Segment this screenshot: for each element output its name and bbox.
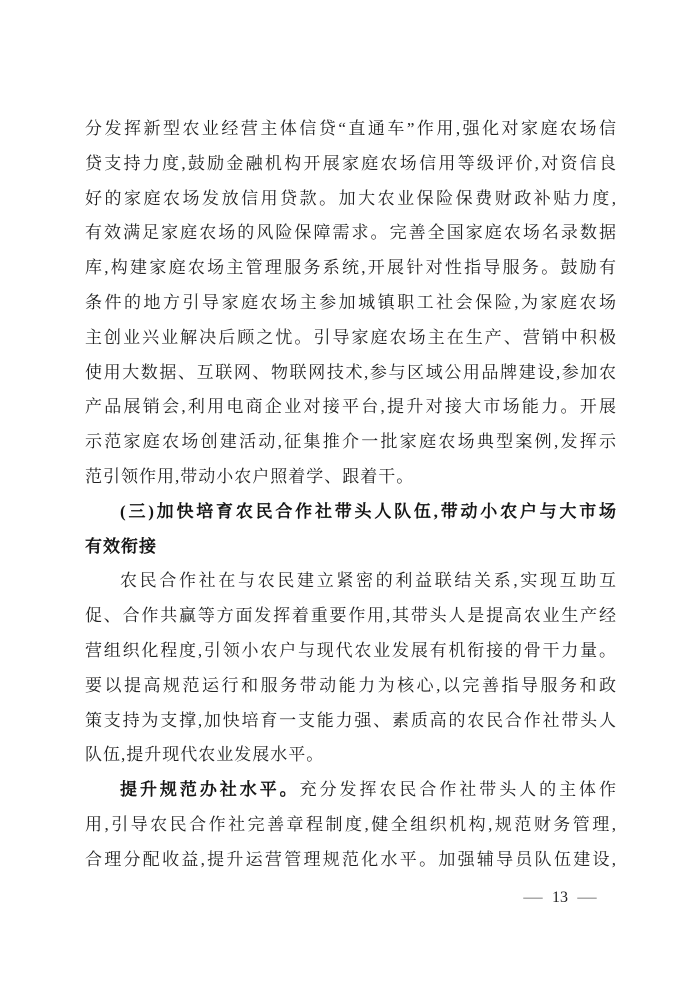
body-line-16: 营组织化程度,引领小农户与现代农业发展有机衔接的骨干力量。 bbox=[85, 634, 616, 669]
body-line-9: 产品展销会,利用电商企业对接平台,提升对接大市场能力。开展 bbox=[85, 390, 616, 425]
section-heading-line-2: 有效衔接 bbox=[85, 530, 616, 565]
body-line-21: 用,引导农民合作社完善章程制度,健全组织机构,规范财务管理, bbox=[85, 808, 616, 843]
body-line-18: 策支持为支撑,加快培育一支能力强、素质高的农民合作社带头人 bbox=[85, 704, 616, 739]
page-footer: —13— bbox=[498, 886, 622, 910]
body-line-1: 分发挥新型农业经营主体信贷“直通车”作用,强化对家庭农场信 bbox=[85, 112, 616, 147]
footer-left-dash: — bbox=[523, 886, 542, 910]
body-line-10: 示范家庭农场创建活动,征集推介一批家庭农场典型案例,发挥示 bbox=[85, 425, 616, 460]
document-body: 分发挥新型农业经营主体信贷“直通车”作用,强化对家庭农场信 贷支持力度,鼓励金融… bbox=[85, 112, 616, 878]
body-line-17: 要以提高规范运行和服务带动能力为核心,以完善指导服务和政 bbox=[85, 669, 616, 704]
body-line-3: 好的家庭农场发放信用贷款。加大农业保险保费财政补贴力度, bbox=[85, 182, 616, 217]
body-line-19-paragraph-end: 队伍,提升现代农业发展水平。 bbox=[85, 738, 616, 773]
page-number: 13 bbox=[552, 886, 568, 910]
body-line-7: 主创业兴业解决后顾之忧。引导家庭农场主在生产、营销中积极 bbox=[85, 321, 616, 356]
body-line-8: 使用大数据、互联网、物联网技术,参与区域公用品牌建设,参加农 bbox=[85, 356, 616, 391]
body-line-4: 有效满足家庭农场的风险保障需求。完善全国家庭农场名录数据 bbox=[85, 216, 616, 251]
body-line-14-paragraph-start: 农民合作社在与农民建立紧密的利益联结关系,实现互助互 bbox=[85, 564, 616, 599]
body-line-11-paragraph-end: 范引领作用,带动小农户照着学、跟着干。 bbox=[85, 460, 616, 495]
footer-right-dash: — bbox=[577, 886, 596, 910]
body-line-22: 合理分配收益,提升运营管理规范化水平。加强辅导员队伍建设, bbox=[85, 843, 616, 878]
line-text: 充分发挥农民合作社带头人的主体作 bbox=[300, 780, 616, 799]
document-page: 分发挥新型农业经营主体信贷“直通车”作用,强化对家庭农场信 贷支持力度,鼓励金融… bbox=[0, 0, 700, 990]
section-heading-line-1: (三)加快培育农民合作社带头人队伍,带动小农户与大市场 bbox=[85, 495, 616, 530]
body-line-15: 促、合作共赢等方面发挥着重要作用,其带头人是提高农业生产经 bbox=[85, 599, 616, 634]
body-line-20-paragraph-start: 提升规范办社水平。充分发挥农民合作社带头人的主体作 bbox=[85, 773, 616, 808]
body-line-6: 条件的地方引导家庭农场主参加城镇职工社会保险,为家庭农场 bbox=[85, 286, 616, 321]
body-line-5: 库,构建家庭农场主管理服务系统,开展针对性指导服务。鼓励有 bbox=[85, 251, 616, 286]
bold-lead-phrase: 提升规范办社水平。 bbox=[120, 780, 300, 799]
body-line-2: 贷支持力度,鼓励金融机构开展家庭农场信用等级评价,对资信良 bbox=[85, 147, 616, 182]
